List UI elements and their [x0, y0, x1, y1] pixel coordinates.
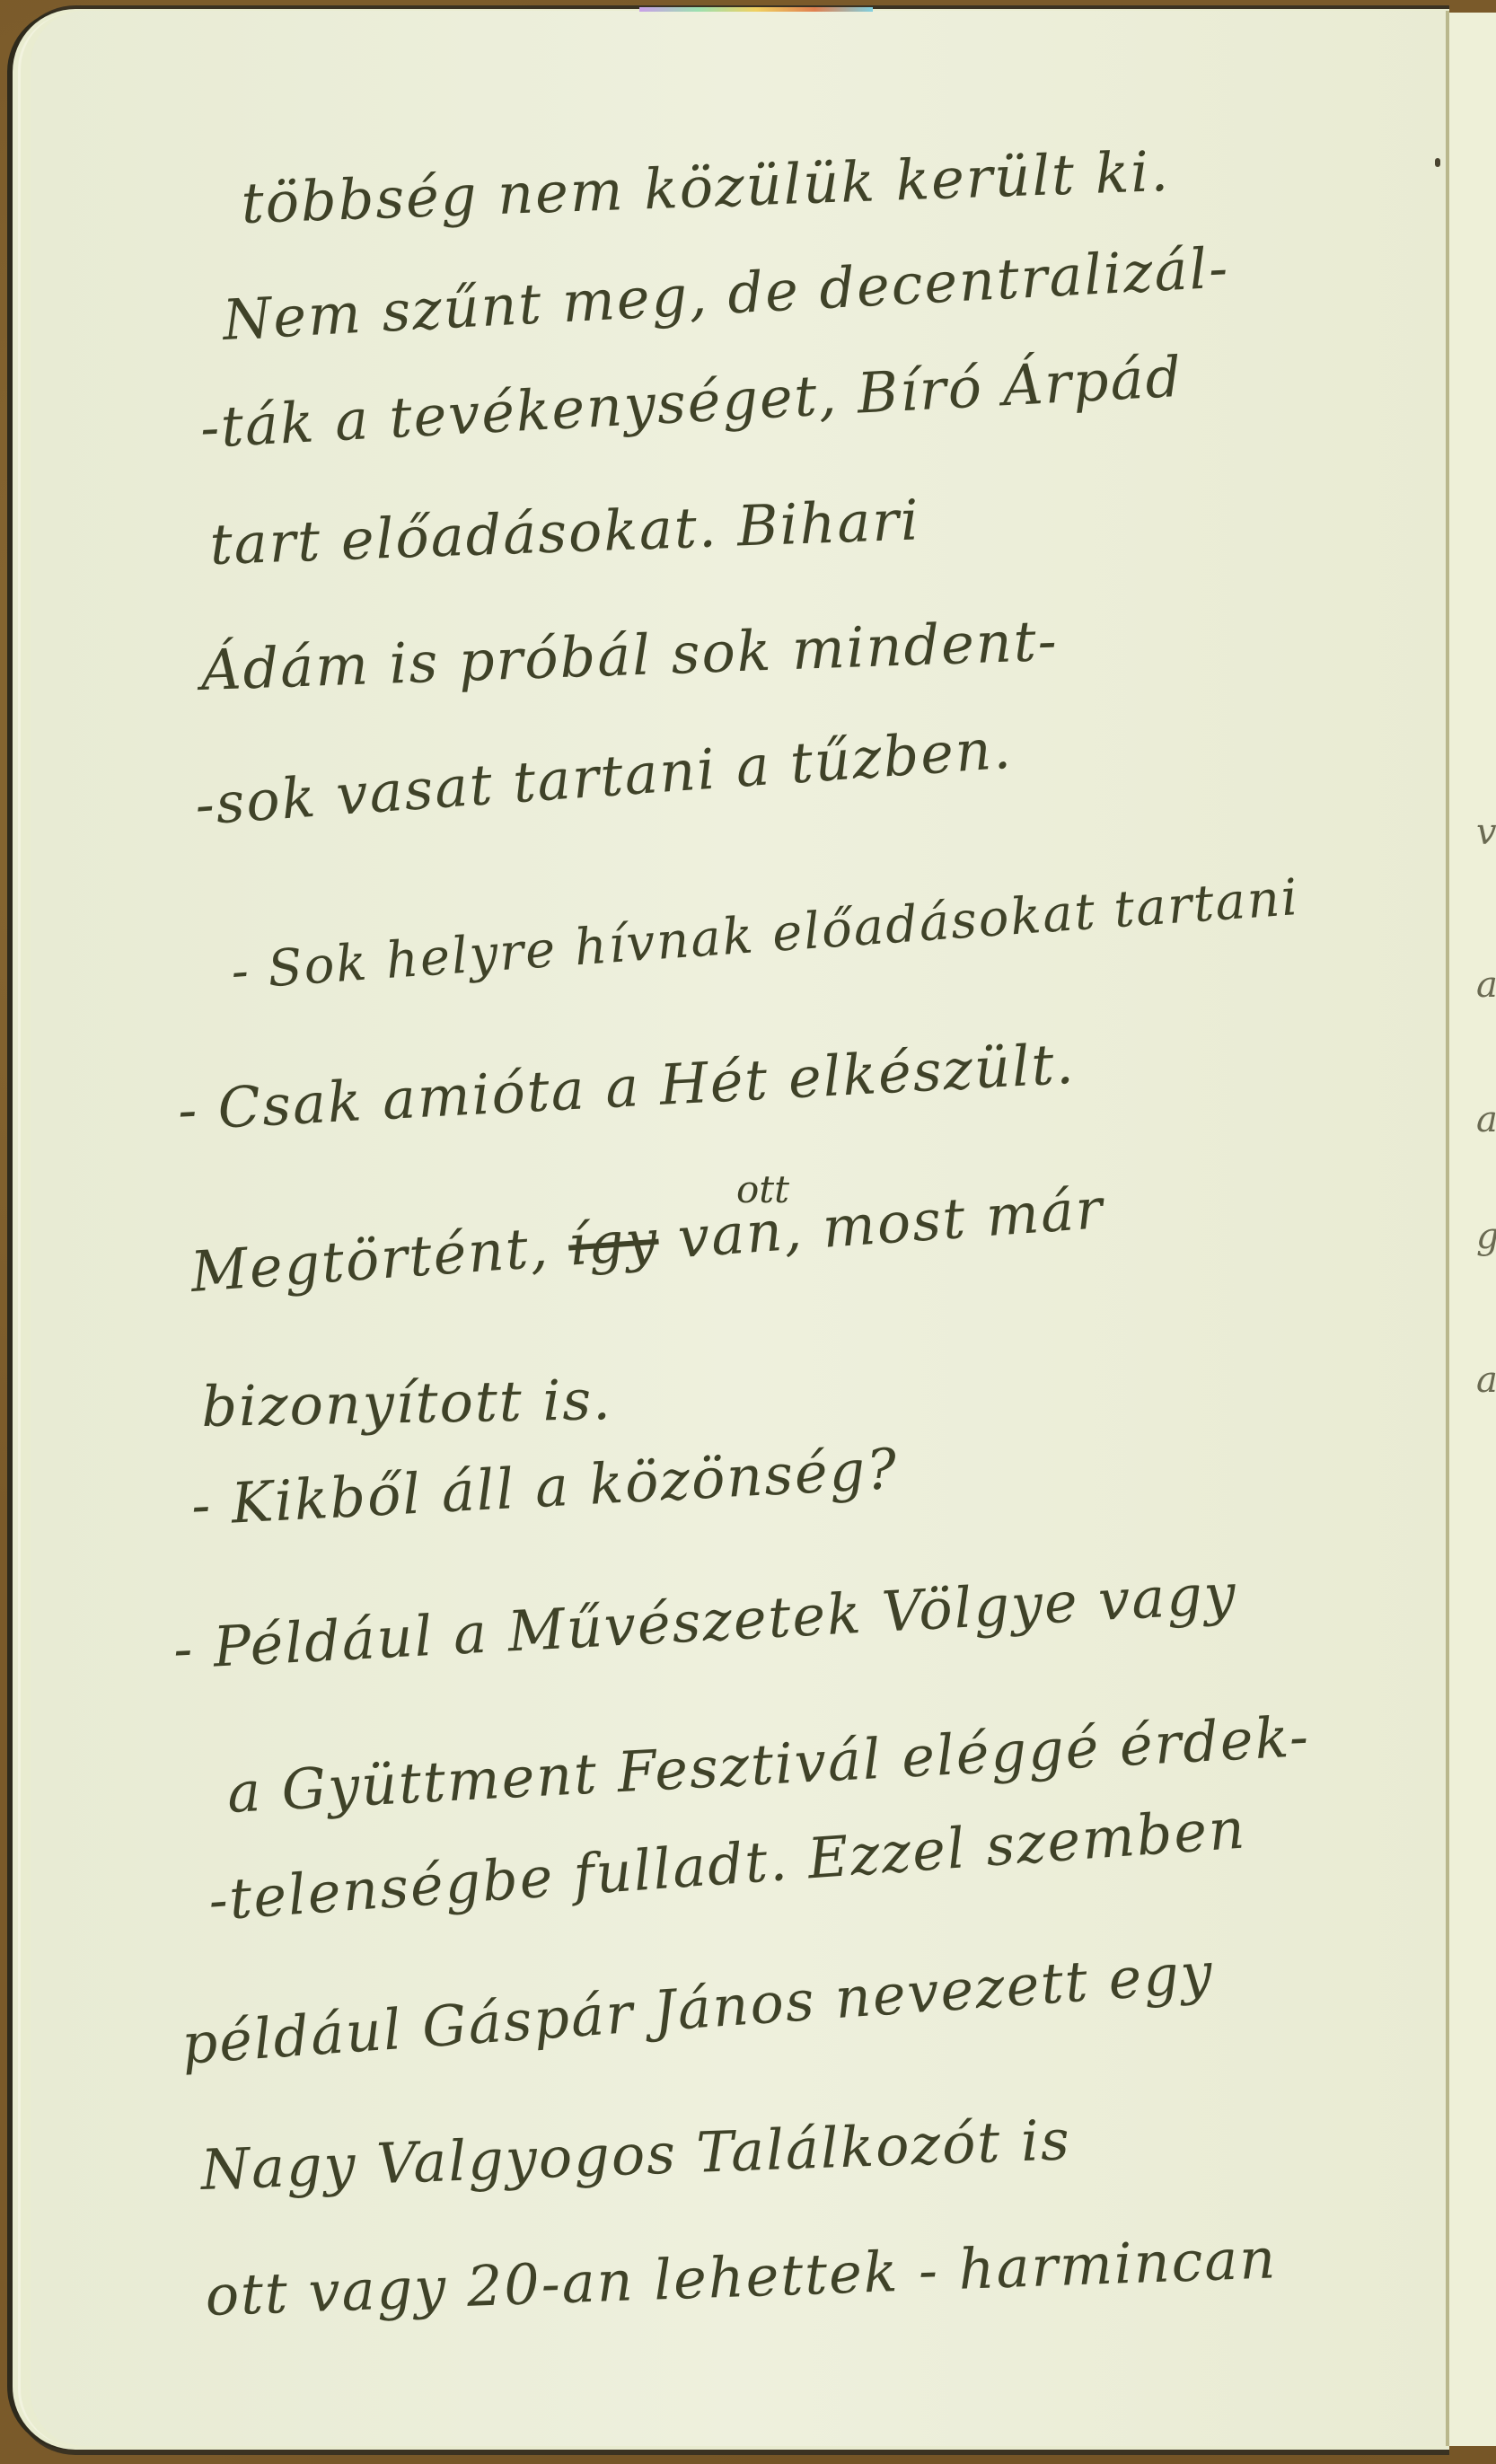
text-line: ott vagy 20-an lehettek - harmincan — [204, 2225, 1278, 2328]
text-line: többség nem közülük került ki. — [240, 138, 1170, 236]
text-line: tart előadásokat. Bihari — [208, 487, 920, 577]
text-line: például Gáspár János nevezett egy — [180, 1940, 1216, 2077]
inserted-word: ott — [736, 1167, 789, 1211]
text-segment: van, most már — [656, 1175, 1106, 1272]
text-line: Ádám is próbál sok mindent- — [199, 608, 1059, 703]
text-line: bizonyított is. — [201, 1367, 613, 1439]
text-segment: Megtörtént, — [189, 1213, 571, 1305]
text-line: - Csak amióta a Hét elkészült. — [176, 1031, 1077, 1143]
text-line: - Kikből áll a közönség? — [189, 1436, 900, 1538]
text-line: - Például a Művészetek Völgye vagy — [172, 1561, 1238, 1682]
text-line: -ták a tevékenységet, Bíró Árpád — [198, 344, 1184, 461]
text-line: - Sok helyre hívnak előadásokat tartani — [229, 868, 1300, 1001]
struck-word: így — [567, 1207, 661, 1279]
text-line: -sok vasat tartani a tűzben. — [193, 716, 1015, 838]
text-line: Nem szűnt meg, de decentralizál- — [221, 234, 1231, 353]
text-line: Nagy Valgyogos Találkozót is — [199, 2107, 1071, 2203]
handwritten-text: többség nem közülük került ki. Nem szűnt… — [0, 0, 1496, 2464]
text-line: Megtörtént, így van, most már — [189, 1175, 1106, 1305]
